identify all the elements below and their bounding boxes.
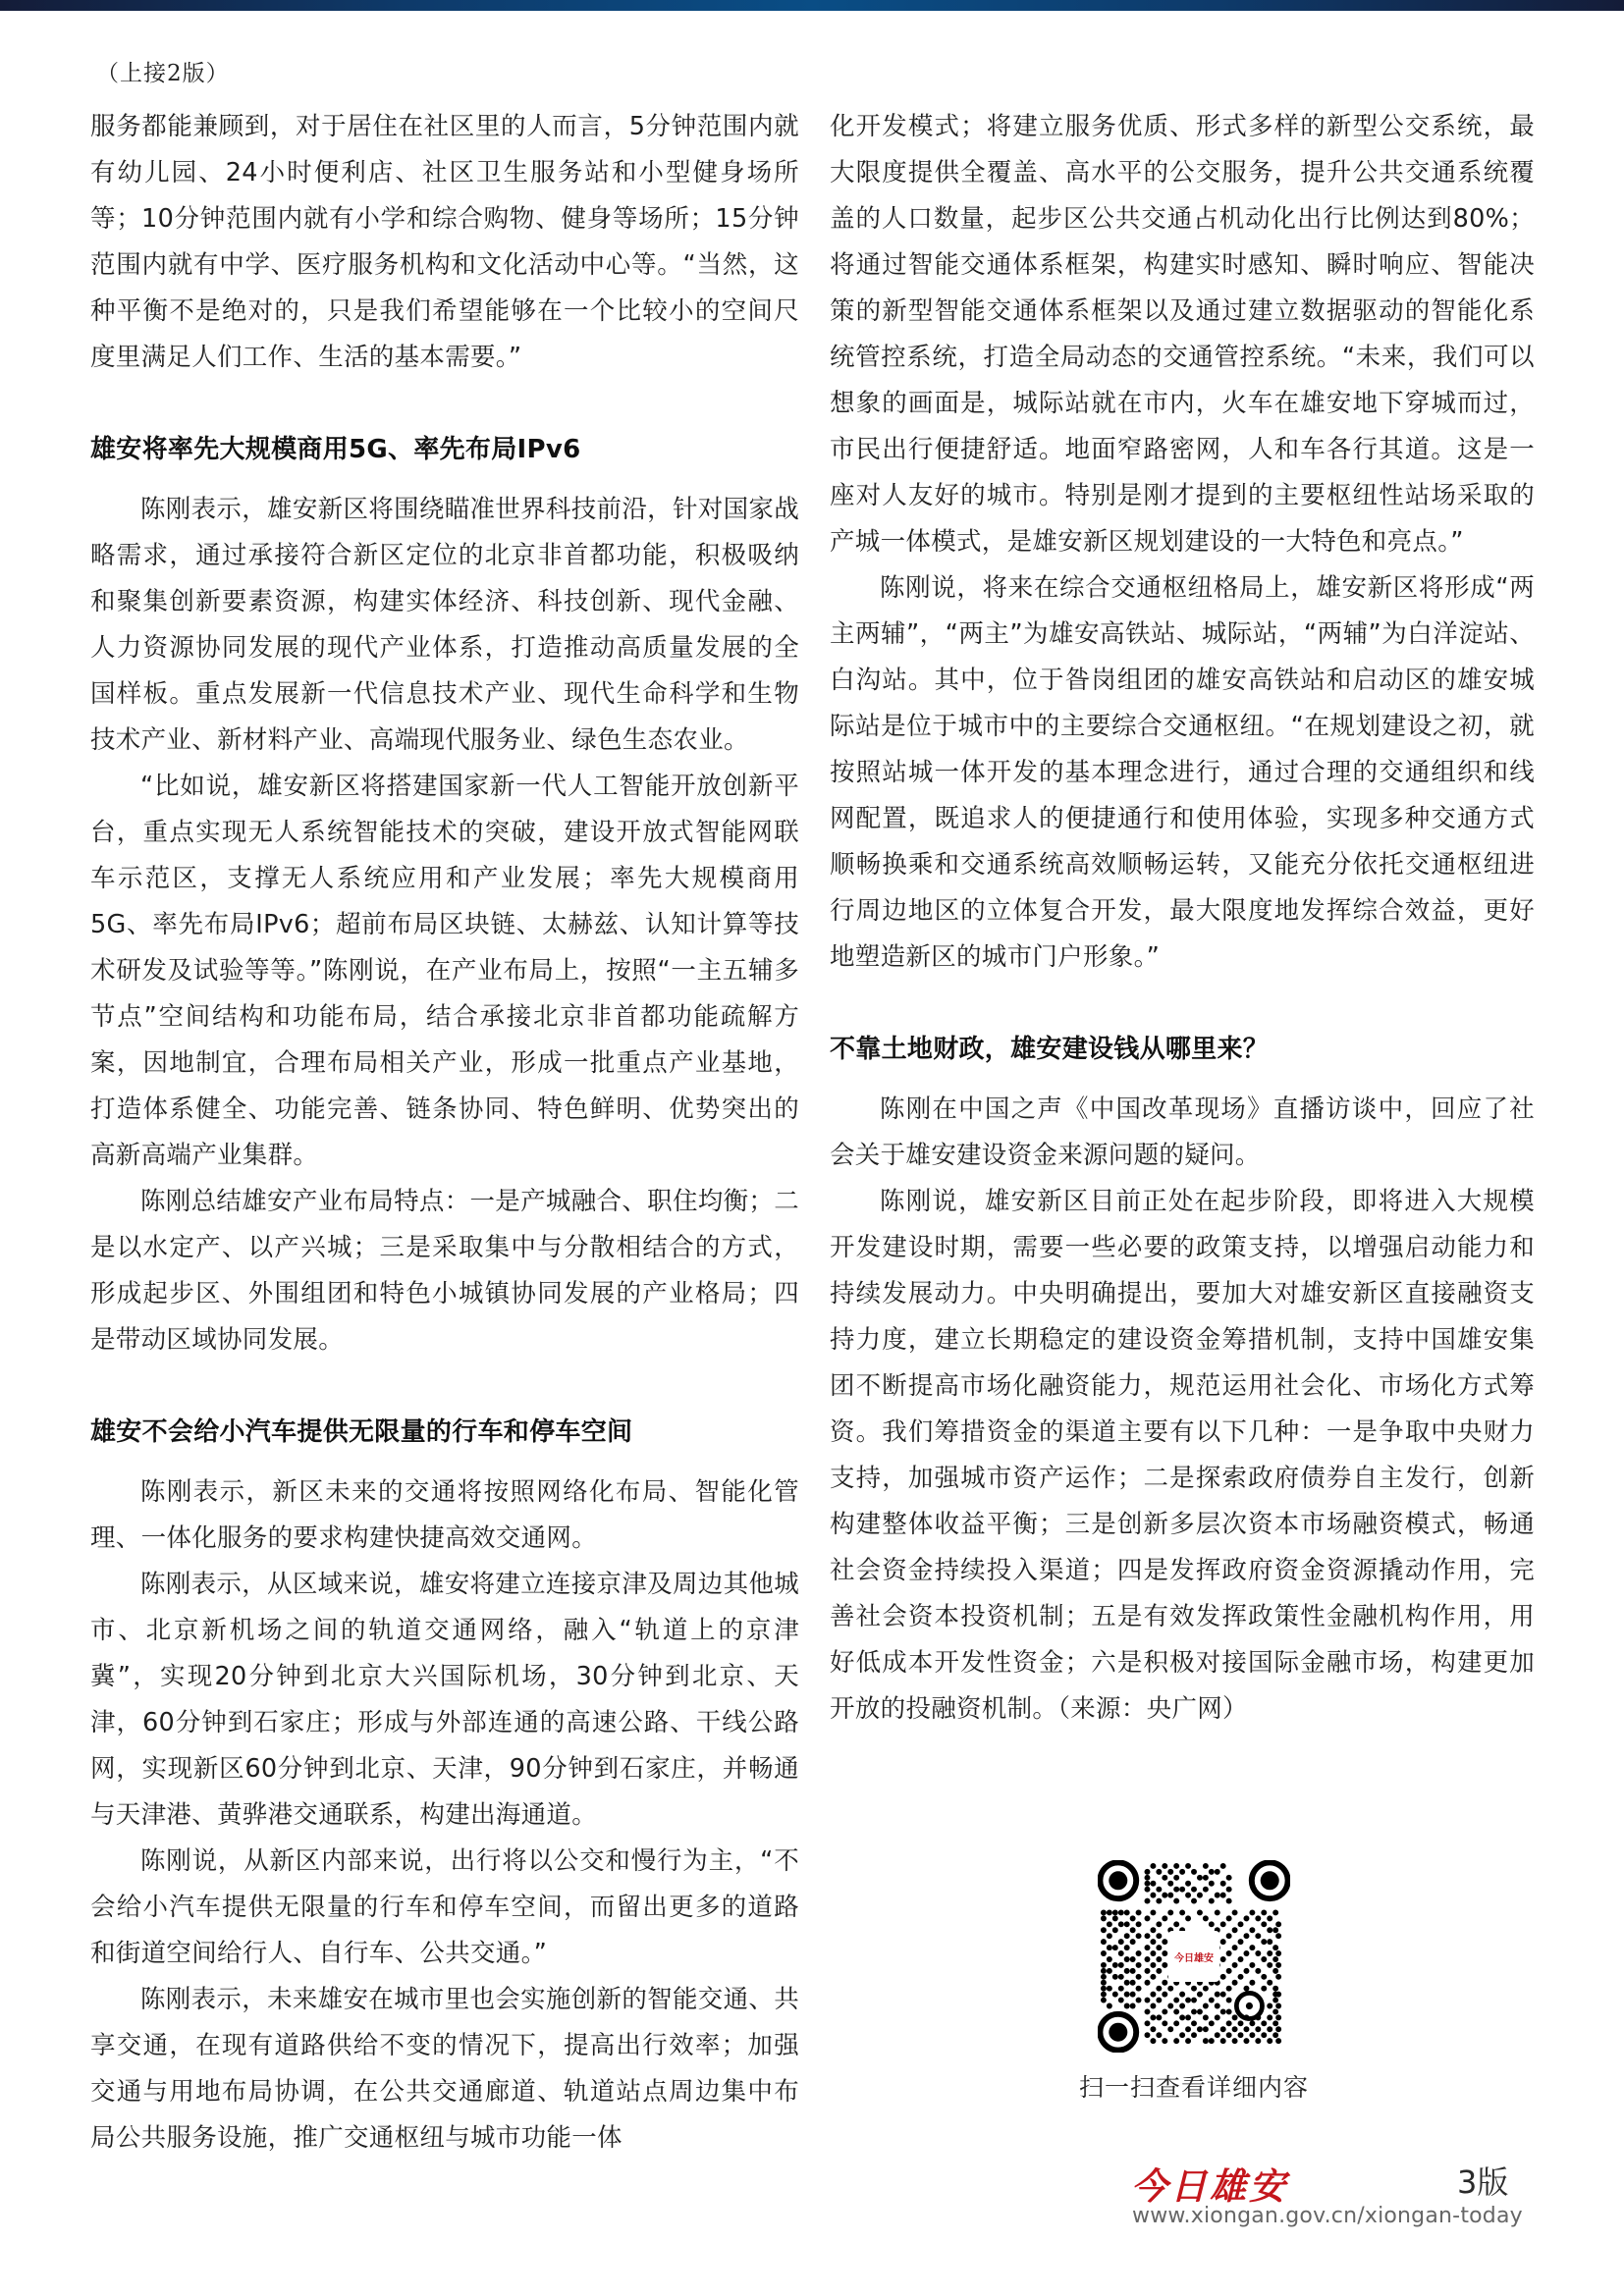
page-number: 3版 (1457, 2158, 1508, 2203)
paragraph: 陈刚在中国之声《中国改革现场》直播访谈中，回应了社会关于雄安建设资金来源问题的疑… (830, 1087, 1535, 1179)
right-column: 化开发模式；将建立服务优质、形式多样的新型公交系统，最大限度提供全覆盖、高水平的… (830, 104, 1535, 1733)
paragraph: “比如说，雄安新区将搭建国家新一代人工智能开放创新平台，重点实现无人系统智能技术… (90, 764, 799, 1179)
paragraph: 陈刚说，雄安新区目前正处在起步阶段，即将进入大规模开发建设时期，需要一些必要的政… (830, 1179, 1535, 1733)
site-url-link[interactable]: www.xiongan.gov.cn/xiongan-today (1132, 2204, 1523, 2228)
section-heading-5g-ipv6: 雄安将率先大规模商用5G、率先布局IPv6 (90, 427, 799, 473)
brand-logo: 今日雄安 (1131, 2157, 1288, 2210)
paragraph: 陈刚表示，未来雄安在城市里也会实施创新的智能交通、共享交通，在现有道路供给不变的… (90, 1977, 799, 2162)
qr-code-block: 今日雄安 扫一扫查看详细内容 (1066, 1860, 1322, 2104)
section-heading-funding: 不靠土地财政，雄安建设钱从哪里来？ (830, 1027, 1535, 1073)
paragraph: 陈刚说，将来在综合交通枢纽格局上，雄安新区将形成“两主两辅”，“两主”为雄安高铁… (830, 565, 1535, 981)
paragraph: 陈刚表示，雄安新区将围绕瞄准世界科技前沿，针对国家战略需求，通过承接符合新区定位… (90, 487, 799, 764)
paragraph: 陈刚表示，从区域来说，雄安将建立连接京津及周边其他城市、北京新机场之间的轨道交通… (90, 1562, 799, 1839)
qr-center-logo: 今日雄安 (1168, 1931, 1219, 1982)
paragraph: 陈刚表示，新区未来的交通将按照网络化布局、智能化管理、一体化服务的要求构建快捷高… (90, 1469, 799, 1562)
paragraph: 化开发模式；将建立服务优质、形式多样的新型公交系统，最大限度提供全覆盖、高水平的… (830, 104, 1535, 565)
paragraph: 陈刚说，从新区内部来说，出行将以公交和慢行为主，“不会给小汽车提供无限量的行车和… (90, 1839, 799, 1977)
paragraph: 陈刚总结雄安产业布局特点：一是产城融合、职住均衡；二是以水定产、以产兴城；三是采… (90, 1179, 799, 1363)
top-gradient-bar (0, 0, 1624, 11)
qr-caption: 扫一扫查看详细内容 (1066, 2068, 1322, 2104)
continued-from-label: （上接2版） (96, 55, 230, 87)
paragraph: 服务都能兼顾到，对于居住在社区里的人而言，5分钟范围内就有幼儿园、24小时便利店… (90, 104, 799, 381)
section-heading-traffic: 雄安不会给小汽车提供无限量的行车和停车空间 (90, 1410, 799, 1456)
left-column: 服务都能兼顾到，对于居住在社区里的人而言，5分钟范围内就有幼儿园、24小时便利店… (90, 104, 799, 2162)
qr-code[interactable]: 今日雄安 (1098, 1860, 1290, 2053)
